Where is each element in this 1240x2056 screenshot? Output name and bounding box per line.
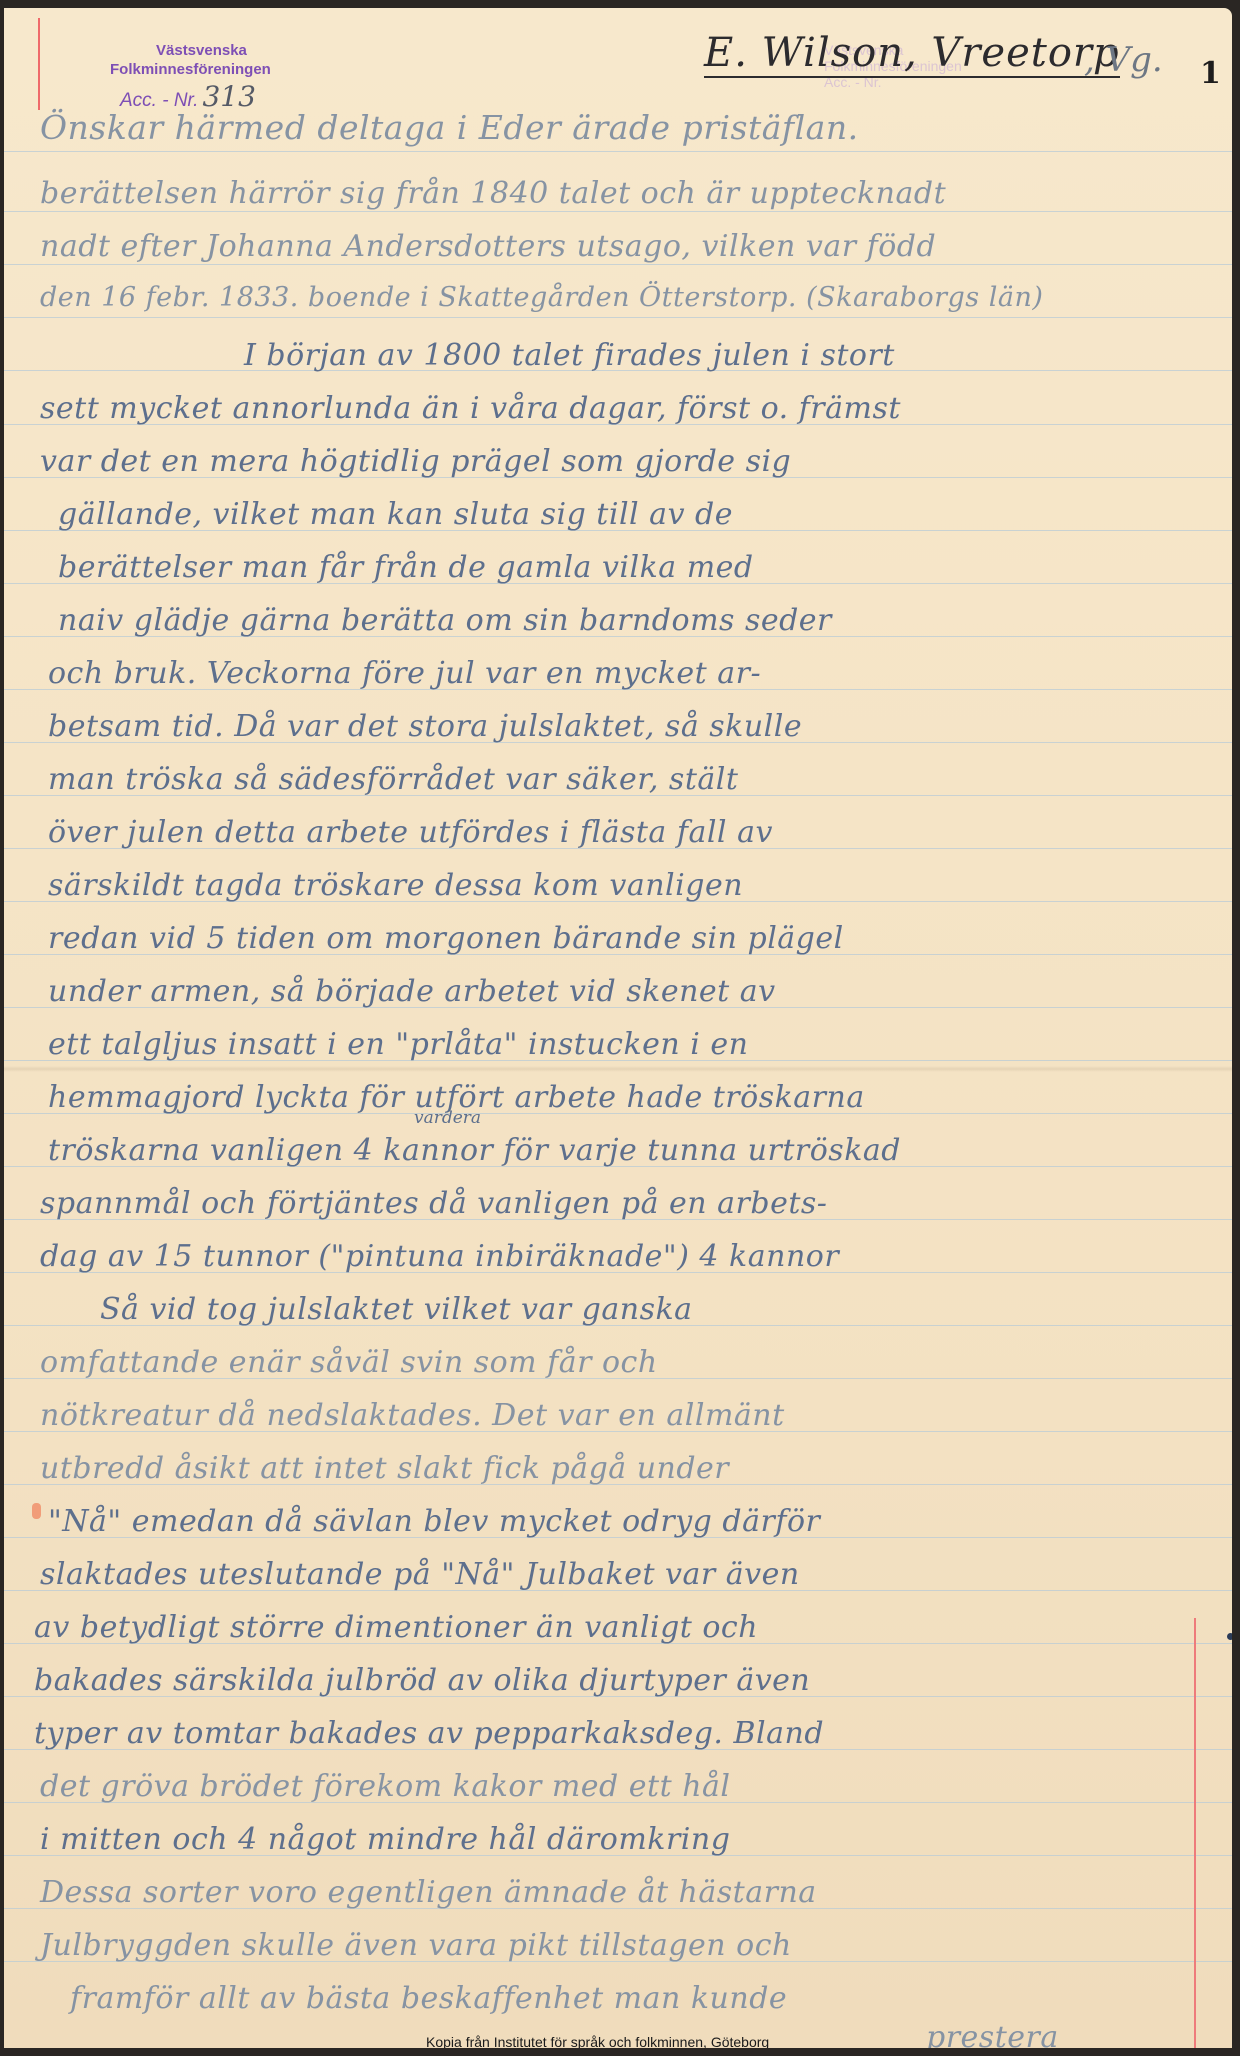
text-line: under armen, så började arbetet vid sken… — [48, 974, 776, 1009]
text-line: I början av 1800 talet firades julen i s… — [244, 338, 895, 373]
text-line: särskildt tagda tröskare dessa kom vanli… — [48, 868, 743, 903]
text-line: nötkreatur då nedslaktades. Det var en a… — [40, 1398, 785, 1433]
text-line: dag av 15 tunnor ("pintuna inbiräknade")… — [40, 1239, 839, 1274]
text-line: av betydligt större dimentioner än vanli… — [34, 1610, 758, 1645]
text-line: "Nå" emedan då sävlan blev mycket odryg … — [48, 1504, 820, 1539]
orange-ink-mark — [32, 1503, 41, 1519]
manuscript-page: Västsvenska Folkminnesföreningen Acc. - … — [4, 8, 1232, 2048]
text-line: typer av tomtar bakades av pepparkaksdeg… — [34, 1716, 824, 1751]
text-line: redan vid 5 tiden om morgonen bärande si… — [48, 921, 844, 956]
text-line: slaktades uteslutande på "Nå" Julbaket v… — [40, 1557, 800, 1592]
text-line: var det en mera högtidlig prägel som gjo… — [40, 444, 791, 479]
text-line: tröskarna vanligen 4 kannor för varje tu… — [48, 1133, 901, 1168]
text-line: Julbryggden skulle även vara pikt tillst… — [40, 1928, 792, 1963]
header-underline — [704, 76, 1120, 78]
text-line: berättelser man får från de gamla vilka … — [58, 550, 754, 585]
text-line: sett mycket annorlunda än i våra dagar, … — [40, 391, 901, 426]
author-and-place: E. Wilson, Vreetorp — [704, 30, 1120, 76]
text-line: framför allt av bästa beskaffenhet man k… — [70, 1981, 787, 2016]
ink-dot — [1227, 1633, 1232, 1640]
text-line: spannmål och förtjäntes då vanligen på e… — [40, 1186, 827, 1221]
stamp-org-line1: Västsvenska — [156, 42, 271, 59]
interlinear-insertion: vardera — [414, 1108, 481, 1128]
text-line: berättelsen härrör sig från 1840 talet o… — [40, 176, 946, 211]
text-line: utbredd åsikt att intet slakt fick pågå … — [40, 1451, 729, 1486]
text-line: det gröva brödet förekom kakor med ett h… — [40, 1769, 731, 1804]
text-line: man tröska så sädesförrådet var säker, s… — [48, 762, 738, 797]
rule-line — [4, 317, 1232, 318]
text-line: i mitten och 4 något mindre hål däromkri… — [40, 1822, 730, 1857]
text-line: över julen detta arbete utfördes i fläst… — [48, 815, 773, 850]
text-line: Dessa sorter voro egentligen ämnade åt h… — [40, 1875, 817, 1910]
text-line: betsam tid. Då var det stora julslaktet,… — [48, 709, 802, 744]
text-line: bakades särskilda julbröd av olika djurt… — [34, 1663, 810, 1698]
text-line: gällande, vilket man kan sluta sig till … — [58, 497, 733, 532]
rule-line — [4, 211, 1232, 212]
text-line: nadt efter Johanna Andersdotters utsago,… — [40, 229, 936, 264]
text-line: och bruk. Veckorna före jul var en mycke… — [48, 656, 761, 691]
text-line: omfattande enär såväl svin som får och — [40, 1345, 658, 1380]
text-line: Så vid tog julslaktet vilket var ganska — [100, 1292, 693, 1327]
red-margin-line — [38, 18, 40, 110]
text-line: prestera — [926, 2020, 1059, 2048]
archive-stamp: Västsvenska Folkminnesföreningen Acc. - … — [110, 42, 271, 113]
region-abbrev: , Vg. — [1084, 40, 1163, 80]
page-number: 1 — [1200, 56, 1221, 91]
text-line: ett talgljus insatt i en "prlåta" instuc… — [48, 1027, 748, 1062]
stamp-org-line2: Folkminnesföreningen — [110, 61, 271, 78]
rule-line — [4, 151, 1232, 152]
text-line: naiv glädje gärna berätta om sin barndom… — [58, 603, 832, 638]
rule-line — [4, 264, 1232, 265]
copyright-footer: Kopia från Institutet för språk och folk… — [426, 2034, 769, 2048]
red-margin-line — [1194, 1618, 1196, 2048]
text-line: den 16 febr. 1833. boende i Skattegården… — [40, 282, 1043, 313]
text-line: Önskar härmed deltaga i Eder ärade prist… — [40, 108, 859, 147]
